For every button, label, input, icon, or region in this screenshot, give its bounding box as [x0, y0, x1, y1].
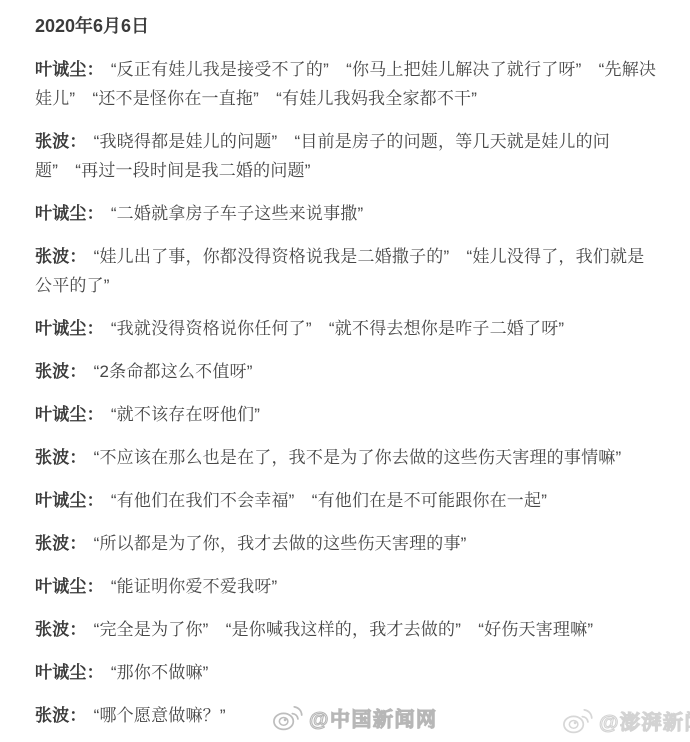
message-text: “二婚就拿房子车子这些来说事撒”	[111, 204, 364, 223]
speaker-name: 叶诚尘：	[35, 60, 104, 79]
speaker-name: 叶诚尘：	[35, 491, 104, 510]
message: 叶诚尘：“那你不做嘛”	[35, 658, 657, 687]
speaker-name: 张波：	[35, 620, 87, 639]
message-text: “不应该在那么也是在了，我不是为了你去做的这些伤天害理的事情嘛”	[94, 448, 622, 467]
message-text: “娃儿出了事，你都没得资格说我是二婚撒子的” “娃儿没得了，我们就是公平的了”	[35, 247, 644, 295]
message-text: “就不该存在呀他们”	[111, 405, 260, 424]
message-text: “2条命都这么不值呀”	[94, 362, 253, 381]
speaker-name: 张波：	[35, 247, 87, 266]
message: 叶诚尘：“就不该存在呀他们”	[35, 400, 657, 429]
date-header: 2020年6月6日	[35, 12, 657, 41]
message: 叶诚尘：“我就没得资格说你任何了” “就不得去想你是咋子二婚了呀”	[35, 314, 657, 343]
speaker-name: 叶诚尘：	[35, 577, 104, 596]
speaker-name: 叶诚尘：	[35, 204, 104, 223]
message: 张波：“2条命都这么不值呀”	[35, 357, 657, 386]
message-list: 叶诚尘：“反正有娃儿我是接受不了的” “你马上把娃儿解决了就行了呀” “先解决娃…	[35, 55, 657, 730]
message-text: “反正有娃儿我是接受不了的” “你马上把娃儿解决了就行了呀” “先解决娃儿” “…	[35, 60, 656, 108]
message-text: “完全是为了你” “是你喊我这样的，我才去做的” “好伤天害理嘛”	[94, 620, 594, 639]
message-text: “我就没得资格说你任何了” “就不得去想你是咋子二婚了呀”	[111, 319, 564, 338]
speaker-name: 叶诚尘：	[35, 663, 104, 682]
speaker-name: 张波：	[35, 534, 87, 553]
message-text: “能证明你爱不爱我呀”	[111, 577, 278, 596]
message-text: “哪个愿意做嘛？”	[94, 706, 226, 725]
message: 张波：“哪个愿意做嘛？”	[35, 701, 657, 730]
chat-transcript-page: 2020年6月6日 叶诚尘：“反正有娃儿我是接受不了的” “你马上把娃儿解决了就…	[0, 0, 690, 730]
message-text: “那你不做嘛”	[111, 663, 209, 682]
message: 张波：“我晓得都是娃儿的问题” “目前是房子的问题，等几天就是娃儿的问题” “再…	[35, 127, 657, 185]
speaker-name: 叶诚尘：	[35, 319, 104, 338]
message: 张波：“娃儿出了事，你都没得资格说我是二婚撒子的” “娃儿没得了，我们就是公平的…	[35, 242, 657, 300]
speaker-name: 叶诚尘：	[35, 405, 104, 424]
speaker-name: 张波：	[35, 132, 87, 151]
message: 张波：“不应该在那么也是在了，我不是为了你去做的这些伤天害理的事情嘛”	[35, 443, 657, 472]
speaker-name: 张波：	[35, 448, 87, 467]
message: 叶诚尘：“能证明你爱不爱我呀”	[35, 572, 657, 601]
message-text: “所以都是为了你，我才去做的这些伤天害理的事”	[94, 534, 467, 553]
speaker-name: 张波：	[35, 706, 87, 725]
message-text: “我晓得都是娃儿的问题” “目前是房子的问题，等几天就是娃儿的问题” “再过一段…	[35, 132, 610, 180]
message: 叶诚尘：“二婚就拿房子车子这些来说事撒”	[35, 199, 657, 228]
message: 张波：“完全是为了你” “是你喊我这样的，我才去做的” “好伤天害理嘛”	[35, 615, 657, 644]
message-text: “有他们在我们不会幸福” “有他们在是不可能跟你在一起”	[111, 491, 547, 510]
speaker-name: 张波：	[35, 362, 87, 381]
message: 叶诚尘：“有他们在我们不会幸福” “有他们在是不可能跟你在一起”	[35, 486, 657, 515]
message: 叶诚尘：“反正有娃儿我是接受不了的” “你马上把娃儿解决了就行了呀” “先解决娃…	[35, 55, 657, 113]
message: 张波：“所以都是为了你，我才去做的这些伤天害理的事”	[35, 529, 657, 558]
